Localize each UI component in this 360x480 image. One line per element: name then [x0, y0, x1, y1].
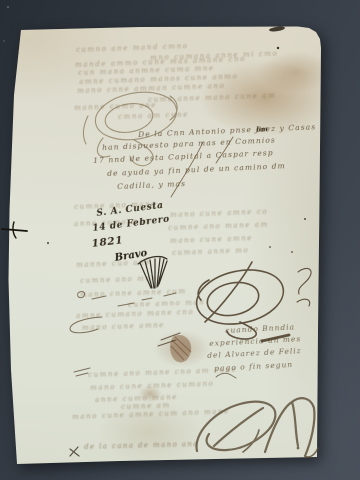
body-script-line: De la Cnn Antonio pnse Juez y Casas [138, 122, 316, 139]
manuscript-page: camno ane mand cmno mno cumana anne mi c… [0, 0, 360, 480]
faint-script-line: cuman anne mo [172, 246, 249, 257]
bottom-script-line: de la cana de mano ano [84, 440, 199, 451]
right-script-line: cuando Bnndia [225, 322, 295, 335]
paper-shadow-wrap: camno ane mand cmno mno cumana anne mi c… [0, 0, 360, 480]
right-script-line: del Alvarez de Feliz [207, 346, 302, 360]
faint-script-line: manne cumo ane [74, 101, 157, 112]
faint-script-line: mano cune amne cum ano mane [72, 407, 230, 421]
faint-script-line: mano cune amne co [170, 208, 268, 219]
photograph-of-manuscript: camno ane mand cmno mno cumana anne mi c… [0, 0, 360, 480]
margin-annotation: 6m [256, 125, 268, 134]
faint-script-line: cumne ano mane [80, 274, 163, 285]
faint-script-line: mano cune amne [82, 321, 165, 332]
faint-script-line: mano cune amne cumano [90, 380, 215, 392]
faint-script-line: cuma anne mano cune am [148, 92, 276, 104]
dateline-year: 1821 [91, 234, 124, 250]
body-script-line: de ayuda ya fin pul de un camino dm [107, 161, 286, 178]
faint-script-line: amne cumano mane cno [76, 308, 194, 320]
faint-script-line: camno ane mand cmno [76, 42, 189, 54]
body-script-line: Cadilla, y mas [117, 179, 186, 191]
faint-script-line: cumne ano mane am [168, 220, 269, 232]
faint-script-line: cumne ano mane cno am cune [88, 366, 238, 379]
faint-script-line: mano cnne amne cum [80, 287, 187, 299]
faint-script-line: mano cune amne [170, 234, 253, 245]
faint-script-line: cmno am cune [118, 111, 189, 121]
